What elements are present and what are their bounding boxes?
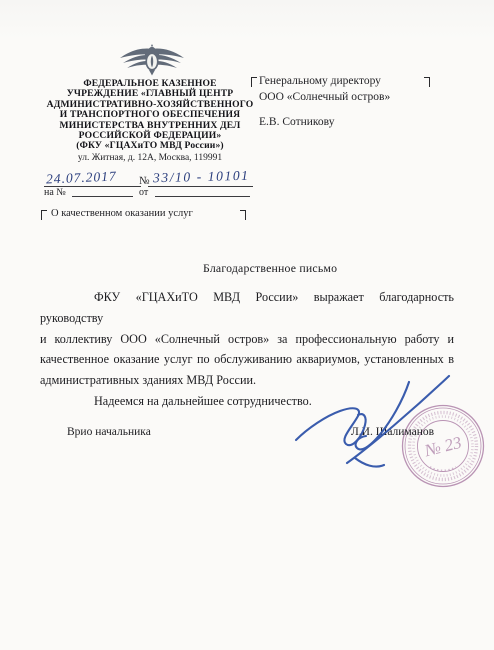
- letterhead-org-name: ФЕДЕРАЛЬНОЕ КАЗЕННОЕ УЧРЕЖДЕНИЕ «ГЛАВНЫЙ…: [30, 79, 270, 152]
- body-line: и коллективу ООО «Солнечный остров» за п…: [40, 329, 454, 350]
- body-line: ФКУ «ГЦАХиТО МВД России» выражает благод…: [40, 287, 454, 329]
- subject-right-corner-bracket: [240, 210, 246, 220]
- recipient-position: Генеральному директору: [259, 75, 381, 87]
- org-line: (ФКУ «ГЦАХиТО МВД России»): [30, 141, 270, 151]
- reply-from-underline: [155, 196, 250, 197]
- signer-position-title: Врио начальника: [67, 426, 151, 438]
- recipient-company: ООО «Солнечный остров»: [259, 91, 390, 103]
- recipient-name: Е.В. Сотникову: [259, 116, 334, 128]
- handwritten-date: 24.07.2017: [46, 168, 117, 187]
- reply-to-underline: [72, 196, 133, 197]
- reply-from-label: от: [139, 187, 148, 198]
- subject-left-corner-bracket: [41, 210, 47, 220]
- recipient-right-corner-bracket: [424, 77, 430, 87]
- mvd-double-headed-eagle-icon: [118, 44, 186, 79]
- body-line: качественное оказание услуг по обслужива…: [40, 349, 454, 370]
- letter-title: Благодарственное письмо: [203, 261, 337, 276]
- recipient-left-corner-bracket: [251, 77, 257, 87]
- scanned-letter-page: ФЕДЕРАЛЬНОЕ КАЗЕННОЕ УЧРЕЖДЕНИЕ «ГЛАВНЫЙ…: [0, 0, 494, 650]
- handwritten-signature: [292, 371, 454, 479]
- handwritten-doc-number: 33/10 - 10101: [153, 168, 250, 187]
- reply-to-label: на №: [44, 187, 66, 198]
- number-underline: [148, 186, 253, 187]
- letterhead-address: ул. Житная, д. 12А, Москва, 119991: [30, 153, 270, 163]
- subject-line: О качественном оказании услуг: [51, 208, 241, 219]
